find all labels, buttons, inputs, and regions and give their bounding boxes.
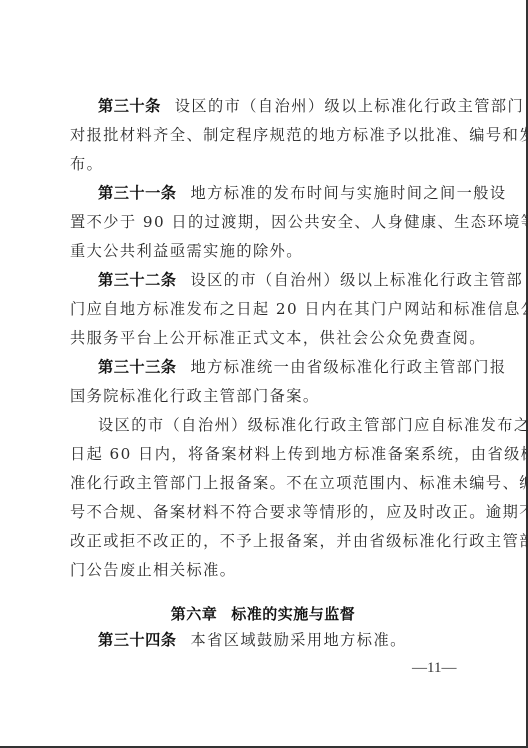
article-30-line-3: 布。 [70,154,470,174]
article-33-para2-line-3: 准化行政主管部门上报备案。不在立项范围内、标准未编号、编 [70,473,470,493]
article-33-line-1: 第三十三条地方标准统一由省级标准化行政主管部门报 [98,357,498,377]
article-33-para2-line-5: 改正或拒不改正的，不予上报备案，并由省级标准化行政主管部 [70,531,470,551]
article-33-text: 地方标准统一由省级标准化行政主管部门报 [190,358,506,376]
article-33-line-2: 国务院标准化行政主管部门备案。 [70,386,470,406]
page-number: —11— [412,660,456,677]
article-33-para2-line-1: 设区的市（自治州）级标准化行政主管部门应自标准发布之 [98,415,498,435]
article-30-line-2: 对报批材料齐全、制定程序规范的地方标准予以批准、编号和发 [70,125,470,145]
article-31-line-3: 重大公共利益亟需实施的除外。 [70,241,470,261]
article-33-para2-line-6: 门公告废止相关标准。 [70,560,470,580]
article-32-label: 第三十二条 [98,271,176,289]
article-30-text: 设区的市（自治州）级以上标准化行政主管部门 [175,97,524,115]
article-33-para2-line-4: 号不合规、备案材料不符合要求等情形的，应及时改正。逾期不 [70,502,470,522]
document-page: 第三十条设区的市（自治州）级以上标准化行政主管部门 对报批材料齐全、制定程序规范… [0,0,528,748]
article-33-label: 第三十三条 [98,358,176,376]
article-31-text: 地方标准的发布时间与实施时间之间一般设 [190,184,506,202]
article-34-label: 第三十四条 [98,631,176,649]
chapter-heading: 第六章标准的实施与监督 [0,603,526,624]
article-32-line-3: 共服务平台上公开标准正式文本，供社会公众免费查阅。 [70,328,470,348]
article-32-line-1: 第三十二条设区的市（自治州）级以上标准化行政主管部 [98,270,498,290]
chapter-title: 标准的实施与监督 [231,605,355,623]
article-32-text: 设区的市（自治州）级以上标准化行政主管部 [190,271,523,289]
article-31-label: 第三十一条 [98,184,176,202]
article-31-line-2: 置不少于 90 日的过渡期，因公共安全、人身健康、生态环境等 [70,212,470,232]
article-34-line-1: 第三十四条本省区域鼓励采用地方标准。 [98,630,498,650]
article-31-line-1: 第三十一条地方标准的发布时间与实施时间之间一般设 [98,183,498,203]
article-32-line-2: 门应自地方标准发布之日起 20 日内在其门户网站和标准信息公 [70,299,470,319]
article-30-label: 第三十条 [98,97,161,115]
article-34-text: 本省区域鼓励采用地方标准。 [190,631,406,649]
article-30-line-1: 第三十条设区的市（自治州）级以上标准化行政主管部门 [98,96,498,116]
article-33-para2-line-2: 日起 60 日内，将备案材料上传到地方标准备案系统，由省级标 [70,444,470,464]
chapter-number: 第六章 [171,605,218,623]
